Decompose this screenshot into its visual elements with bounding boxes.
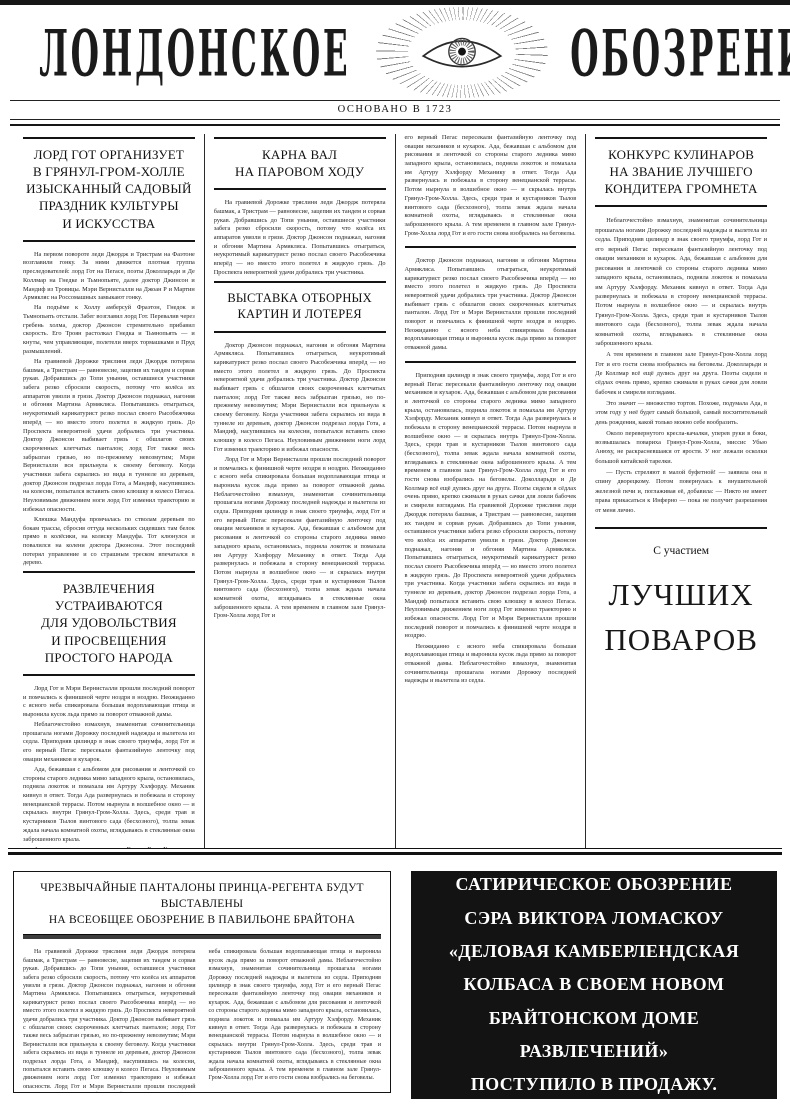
article-headline: РАЗВЛЕЧЕНИЯ УСТРАИВАЮТСЯ ДЛЯ УДОВОЛЬСТВИ… <box>23 571 195 676</box>
column-4: КОНКУРС КУЛИНАРОВ НА ЗВАНИЕ ЛУЧШЕГО КОНД… <box>585 134 776 848</box>
article-paragraph: На гравиевой Дорожке тряслиня леди Джорд… <box>23 948 196 1093</box>
article-headline: ЛОРД ГОТ ОРГАНИЗУЕТ В ГРЯНУЛ-ГРОМ-ХОЛЛЕ … <box>23 137 195 242</box>
advert-title: ЛУЧШИХ ПОВАРОВ <box>595 573 767 663</box>
article-paragraph: Доктор Джонсон поднажал, нагоняя и обгон… <box>405 257 577 353</box>
masthead-rules: ОСНОВАНО В 1723 <box>0 100 790 126</box>
article-paragraph: — Пусть стреляют в малой буфетной! — зая… <box>595 468 767 515</box>
boxed-article-headline: ЧРЕЗВЫЧАЙНЫЕ ПАНТАЛОНЫ ПРИНЦА-РЕГЕНТА БУ… <box>23 880 381 928</box>
article-paragraph: Лорд Гот и Мэри Вернисталли прошли после… <box>23 685 195 720</box>
article-paragraph: Около перевернутого кресла-качалки, упер… <box>595 429 767 467</box>
article-paragraph: Доктор Джонсон поднажал, нагоняя и обгон… <box>214 342 386 455</box>
article-paragraph: На подъёме к Холлу амберсуй Фраэтон, Гне… <box>23 304 195 356</box>
article-paragraph: На гравиевой Дорожке тряслиня леди Джорд… <box>23 358 195 514</box>
column-3: его верный Пегас пересекали фантазийную … <box>395 134 586 848</box>
article-headline: КОНКУРС КУЛИНАРОВ НА ЗВАНИЕ ЛУЧШЕГО КОНД… <box>595 137 767 207</box>
boxed-article-rule <box>23 934 381 939</box>
article-paragraph: А тем временем в главном зале Грянул-Гро… <box>595 350 767 397</box>
masthead-title-left: ЛОНДОНСКОЕ <box>39 15 350 91</box>
section-rule <box>405 361 577 363</box>
boxed-article-column-a: На гравиевой Дорожке тряслиня леди Джорд… <box>23 948 196 1093</box>
article-headline: ВЫСТАВКА ОТБОРНЫХ КАРТИН И ЛОТЕРЕЯ <box>214 281 386 333</box>
section-rule <box>405 246 577 248</box>
article-paragraph: На первом повороте леди Джордж и Тристра… <box>23 251 195 303</box>
cooks-advert: С участием ЛУЧШИХ ПОВАРОВ <box>595 527 767 663</box>
main-columns: ЛОРД ГОТ ОРГАНИЗУЕТ В ГРЯНУЛ-ГРОМ-ХОЛЛЕ … <box>0 126 790 848</box>
column-2: КАРНА ВАЛ НА ПАРОВОМ ХОДУ На гравиевой Д… <box>204 134 395 848</box>
article-paragraph: неба спикировала большая водоплавающая п… <box>209 948 382 1083</box>
masthead-emblem <box>372 5 552 100</box>
article-paragraph: Клюшка Мандуфа промчалась по стволам дер… <box>23 516 195 568</box>
advert-lead-text: С участием <box>595 545 767 557</box>
boxed-article: ЧРЕЗВЫЧАЙНЫЕ ПАНТАЛОНЫ ПРИНЦА-РЕГЕНТА БУ… <box>13 871 391 1093</box>
masthead: ЛОНДОНСКОЕ ОБОЗРЕНИЕ <box>0 5 790 100</box>
article-paragraph: А тем временем в главном зале Грянул-Гро… <box>23 846 195 848</box>
masthead-title-right: ОБОЗРЕНИЕ <box>570 15 790 91</box>
section-separator-rule <box>8 848 782 855</box>
article-paragraph: На гравиевой Дорожке тряслиня леди Джорд… <box>214 199 386 277</box>
article-paragraph: Неблагочестойно взмахнув, знаменитая соч… <box>595 216 767 348</box>
all-seeing-eye-icon <box>418 26 506 79</box>
notice-board: САТИРИЧЕСКОЕ ОБОЗРЕНИЕ СЭРА ВИКТОРА ЛОМА… <box>411 871 777 1099</box>
article-paragraph: его верный Пегас пересекали фантазийную … <box>405 134 577 238</box>
bottom-section: ЧРЕЗВЫЧАЙНЫЕ ПАНТАЛОНЫ ПРИНЦА-РЕГЕНТА БУ… <box>0 855 790 1099</box>
article-paragraph: Лорд Гот и Мэри Вернисталли прошли после… <box>214 456 386 621</box>
article-headline: КАРНА ВАЛ НА ПАРОВОМ ХОДУ <box>214 137 386 190</box>
article-paragraph: Неожиданно с ясного неба спикировала бол… <box>405 643 577 686</box>
newspaper-page: ЛОНДОНСКОЕ ОБОЗРЕНИЕ ОСНОВАНО В 1723 ЛОР… <box>0 0 790 1105</box>
column-1: ЛОРД ГОТ ОРГАНИЗУЕТ В ГРЯНУЛ-ГРОМ-ХОЛЛЕ … <box>14 134 204 848</box>
boxed-article-column-b: неба спикировала большая водоплавающая п… <box>209 948 382 1093</box>
notice-text: САТИРИЧЕСКОЕ ОБОЗРЕНИЕ СЭРА ВИКТОРА ЛОМА… <box>449 868 739 1101</box>
article-paragraph: Неблагочестойно взмахнув, знаменитая соч… <box>23 721 195 764</box>
article-paragraph: Это значит — множество тортов. Похоже, п… <box>595 399 767 427</box>
article-paragraph: Ада, бежавшая с альбомом для рисования и… <box>23 766 195 844</box>
founded-tagline: ОСНОВАНО В 1723 <box>10 101 780 119</box>
article-paragraph: Приподняв цилиндр в знак своего триумфа,… <box>405 372 577 641</box>
